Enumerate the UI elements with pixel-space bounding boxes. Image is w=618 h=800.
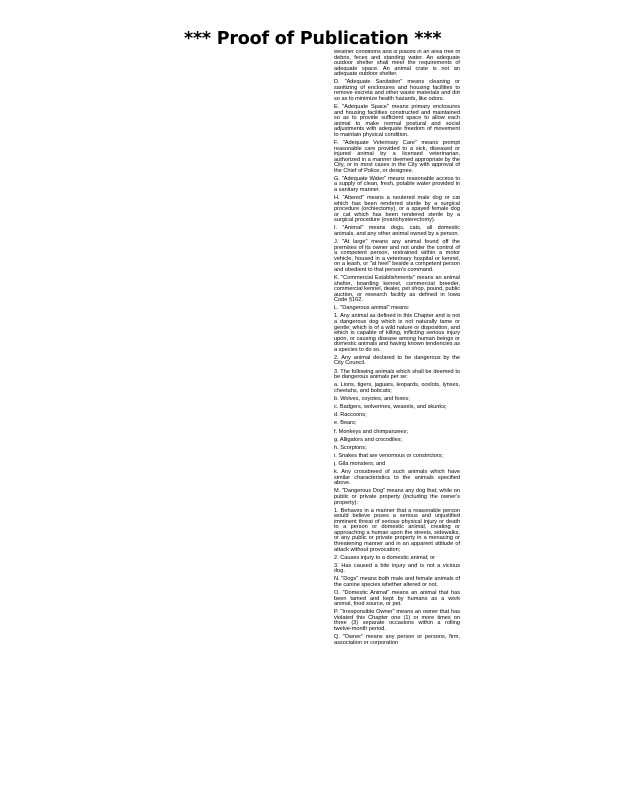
paragraph: J. "At large" means any animal found off… <box>334 240 460 273</box>
paragraph: k. Any crossbreed of such animals which … <box>334 470 460 487</box>
paragraph: a. Lions, tigers, jaguars, leopards, oce… <box>334 383 460 394</box>
paragraph: i. Snakes that are venomous or constrict… <box>334 454 460 460</box>
paragraph: f. Monkeys and chimpanzees; <box>334 430 460 436</box>
document-column: weather conditions and is placed in an a… <box>334 50 460 649</box>
paragraph: d. Raccoons; <box>334 413 460 419</box>
paragraph: 2. Causes injury to a domestic animal; o… <box>334 556 460 562</box>
paragraph: j. Gila monsters; and <box>334 462 460 468</box>
page-title: *** Proof of Publication *** <box>184 29 441 49</box>
paragraph: D. "Adequate Sanitation" means cleaning … <box>334 80 460 102</box>
paragraph: L. "Dangerous animal" means: <box>334 306 460 312</box>
paragraph: c. Badgers, wolverines, weasels, and sku… <box>334 405 460 411</box>
paragraph: E. "Adequate Space" means primary enclos… <box>334 105 460 138</box>
paragraph: O. "Domestic Animal" means an animal tha… <box>334 591 460 608</box>
paragraph: Q. "Owner" means any person or persons, … <box>334 635 460 646</box>
paragraph: weather conditions and is placed in an a… <box>334 50 460 78</box>
paragraph: I. "Animal" means dogs, cats, all domest… <box>334 226 460 237</box>
paragraph: 3. Has caused a bite injury and is not a… <box>334 564 460 575</box>
paragraph: 2. Any animal declared to be dangerous b… <box>334 356 460 367</box>
paragraph: 1. Behaves in a manner that a reasonable… <box>334 509 460 553</box>
paragraph: h. Scorpions; <box>334 446 460 452</box>
paragraph: M. "Dangerous Dog" means any dog that, w… <box>334 489 460 506</box>
paragraph: e. Bears; <box>334 421 460 427</box>
paragraph: N. "Dogs" means both male and female ani… <box>334 577 460 588</box>
paragraph: H. "Altered" means a neutered male dog o… <box>334 196 460 224</box>
document-column-clip: weather conditions and is placed in an a… <box>334 50 460 770</box>
paragraph: b. Wolves, coyotes, and foxes; <box>334 397 460 403</box>
paragraph: G. "Adequate Water" means reasonable acc… <box>334 177 460 194</box>
paragraph: F. "Adequate Veterinary Care" means prom… <box>334 141 460 174</box>
paragraph: 3. The following animals which shall be … <box>334 370 460 381</box>
paragraph: K. "Commercial Establishments" means an … <box>334 276 460 304</box>
paragraph: g. Alligators and crocodiles; <box>334 438 460 444</box>
paragraph: P. "Irresponsible Owner" means an owner … <box>334 610 460 632</box>
paragraph: 1. Any animal as defined in this Chapter… <box>334 314 460 353</box>
